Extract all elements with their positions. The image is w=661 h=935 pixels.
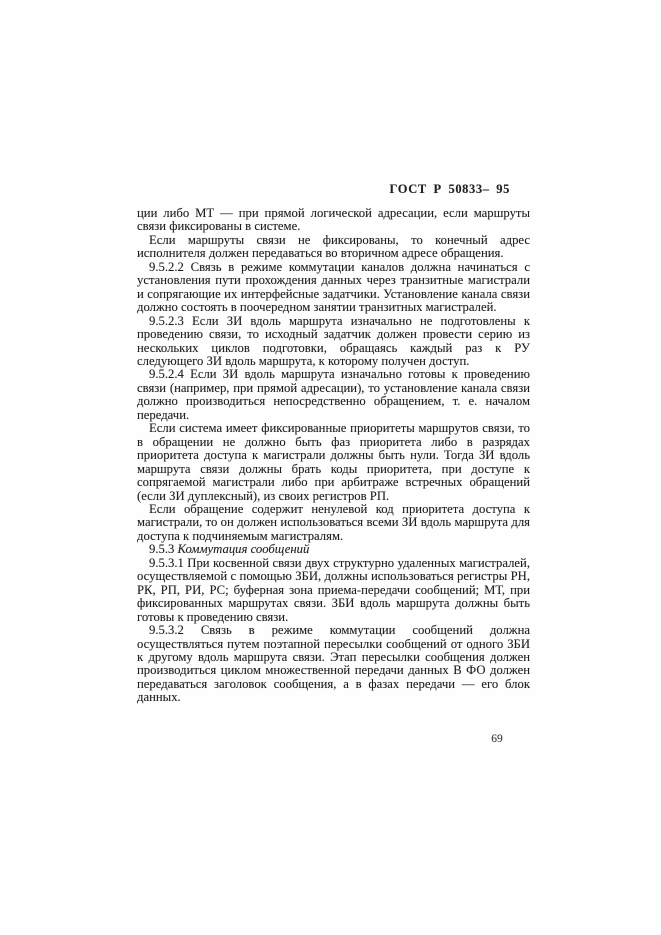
section-heading: 9.5.3 Коммутация сообщений	[137, 543, 530, 556]
document-page: ГОСТ Р 50833– 95 ции либо МТ — при прямо…	[0, 0, 661, 935]
paragraph: 9.5.2.3 Если ЗИ вдоль маршрута изначальн…	[137, 315, 530, 369]
page-number: 69	[479, 733, 515, 745]
paragraph: 9.5.3.1 При косвенной связи двух структу…	[137, 557, 530, 624]
paragraph: Если система имеет фиксированные приорит…	[137, 422, 530, 503]
paragraph: 9.5.2.4 Если ЗИ вдоль маршрута изначальн…	[137, 368, 530, 422]
running-header: ГОСТ Р 50833– 95	[137, 182, 510, 197]
paragraph: Если маршруты связи не фиксированы, то к…	[137, 234, 530, 261]
paragraph: Если обращение содержит ненулевой код пр…	[137, 503, 530, 543]
section-title: Коммутация сообщений	[178, 542, 310, 556]
document-body: ции либо МТ — при прямой логической адре…	[137, 207, 530, 705]
section-number: 9.5.3	[149, 542, 178, 556]
paragraph: 9.5.2.2 Связь в режиме коммутации канало…	[137, 261, 530, 315]
paragraph: ции либо МТ — при прямой логической адре…	[137, 207, 530, 234]
paragraph: 9.5.3.2 Связь в режиме коммутации сообще…	[137, 624, 530, 705]
